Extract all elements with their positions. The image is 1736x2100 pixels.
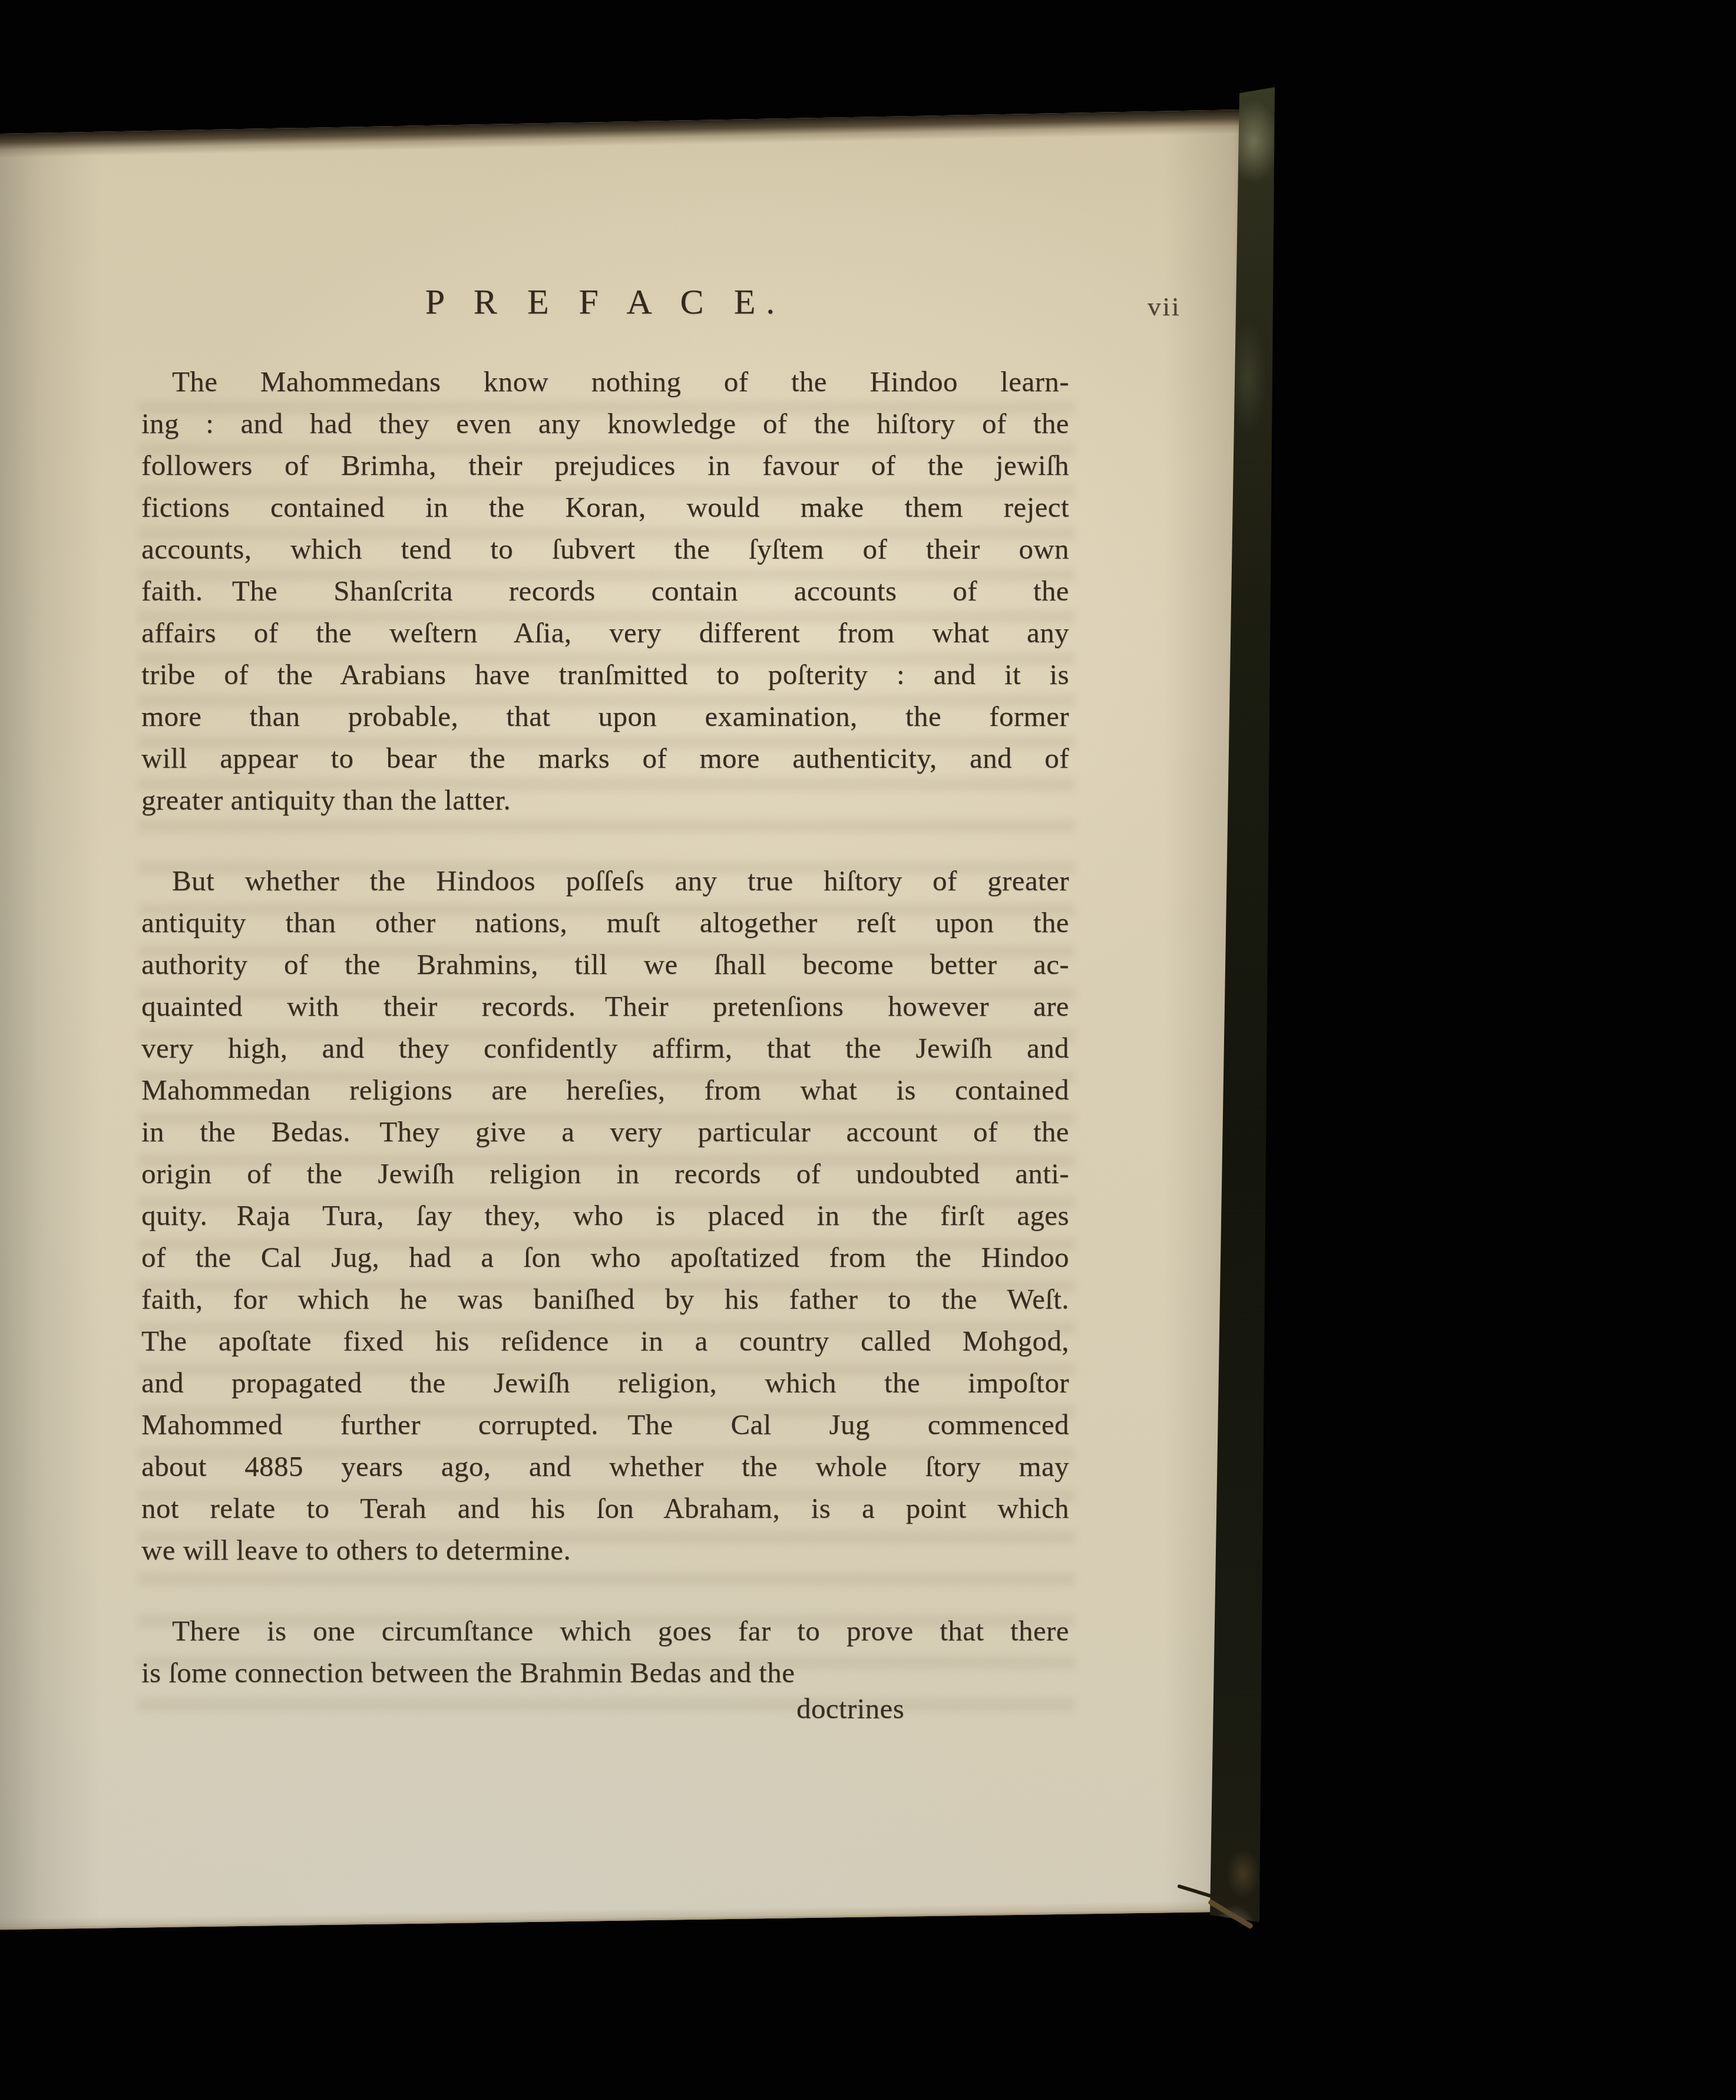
text-line: we will leave to others to determine. bbox=[141, 1529, 1069, 1571]
text-line: and propagated the Jewiſh religion, whic… bbox=[141, 1362, 1069, 1404]
text-line: about 4885 years ago, and whether the wh… bbox=[141, 1445, 1069, 1487]
text-line: origin of the Jewiſh religion in records… bbox=[141, 1153, 1069, 1194]
page-top-edge bbox=[0, 107, 1349, 158]
text-line: ing : and had they even any knowledge of… bbox=[141, 402, 1069, 444]
text-line: antiquity than other nations, muſt altog… bbox=[141, 902, 1069, 943]
text-line: accounts, which tend to ſubvert the ſyſt… bbox=[141, 528, 1069, 570]
text-line: more than probable, that upon examinatio… bbox=[141, 695, 1069, 737]
text-line: The apoſtate fixed his reſidence in a co… bbox=[141, 1320, 1069, 1362]
text-line: not relate to Terah and his ſon Abraham,… bbox=[141, 1487, 1069, 1529]
text-line: will appear to bear the marks of more au… bbox=[141, 737, 1069, 779]
page-left-shadow bbox=[0, 106, 100, 1944]
text-line: Mahommed further corrupted. The Cal Jug … bbox=[141, 1404, 1069, 1445]
text-line: affairs of the weſtern Aſia, very differ… bbox=[141, 612, 1069, 653]
page-number: vii bbox=[1148, 291, 1181, 322]
catchword: doctrines bbox=[796, 1688, 904, 1729]
page-heading: P R E F A C E. bbox=[141, 282, 1069, 322]
paragraph: The Mahommedans know nothing of the Hind… bbox=[141, 361, 1069, 821]
text-line: The Mahommedans know nothing of the Hind… bbox=[141, 361, 1069, 402]
text-line: authority of the Brahmins, till we ſhall… bbox=[141, 943, 1069, 985]
text-line: fictions contained in the Koran, would m… bbox=[141, 486, 1069, 528]
paragraph: There is one circumſtance which goes far… bbox=[141, 1610, 1069, 1693]
text-line: faith, for which he was baniſhed by his … bbox=[141, 1278, 1069, 1320]
text-line: faith. The Shanſcrita records contain ac… bbox=[141, 570, 1069, 612]
page-bottom-edge bbox=[0, 1900, 1255, 1935]
text-line: tribe of the Arabians have tranſmitted t… bbox=[141, 653, 1069, 695]
preface-text: The Mahommedans know nothing of the Hind… bbox=[141, 361, 1069, 1693]
book-page: P R E F A C E. vii The Mahommedans know … bbox=[0, 0, 1736, 2100]
text-line: in the Bedas. They give a very particula… bbox=[141, 1111, 1069, 1153]
text-line: There is one circumſtance which goes far… bbox=[141, 1610, 1069, 1652]
paragraph: But whether the Hindoos poſſeſs any true… bbox=[141, 860, 1069, 1571]
text-line: greater antiquity than the latter. bbox=[141, 779, 1069, 821]
text-line: followers of Brimha, their prejudices in… bbox=[141, 444, 1069, 486]
text-line: quainted with their records. Their prete… bbox=[141, 985, 1069, 1027]
text-line: is ſome connection between the Brahmin B… bbox=[141, 1652, 1069, 1693]
text-line: very high, and they confidently affirm, … bbox=[141, 1027, 1069, 1069]
text-line: But whether the Hindoos poſſeſs any true… bbox=[141, 860, 1069, 902]
photograph-of-book-page: { "page": { "header": { "title": "P R E … bbox=[0, 0, 1736, 2100]
text-line: of the Cal Jug, had a ſon who apoſtatize… bbox=[141, 1236, 1069, 1278]
text-line: Mahommedan religions are hereſies, from … bbox=[141, 1069, 1069, 1111]
text-line: quity. Raja Tura, ſay they, who is place… bbox=[141, 1194, 1069, 1236]
